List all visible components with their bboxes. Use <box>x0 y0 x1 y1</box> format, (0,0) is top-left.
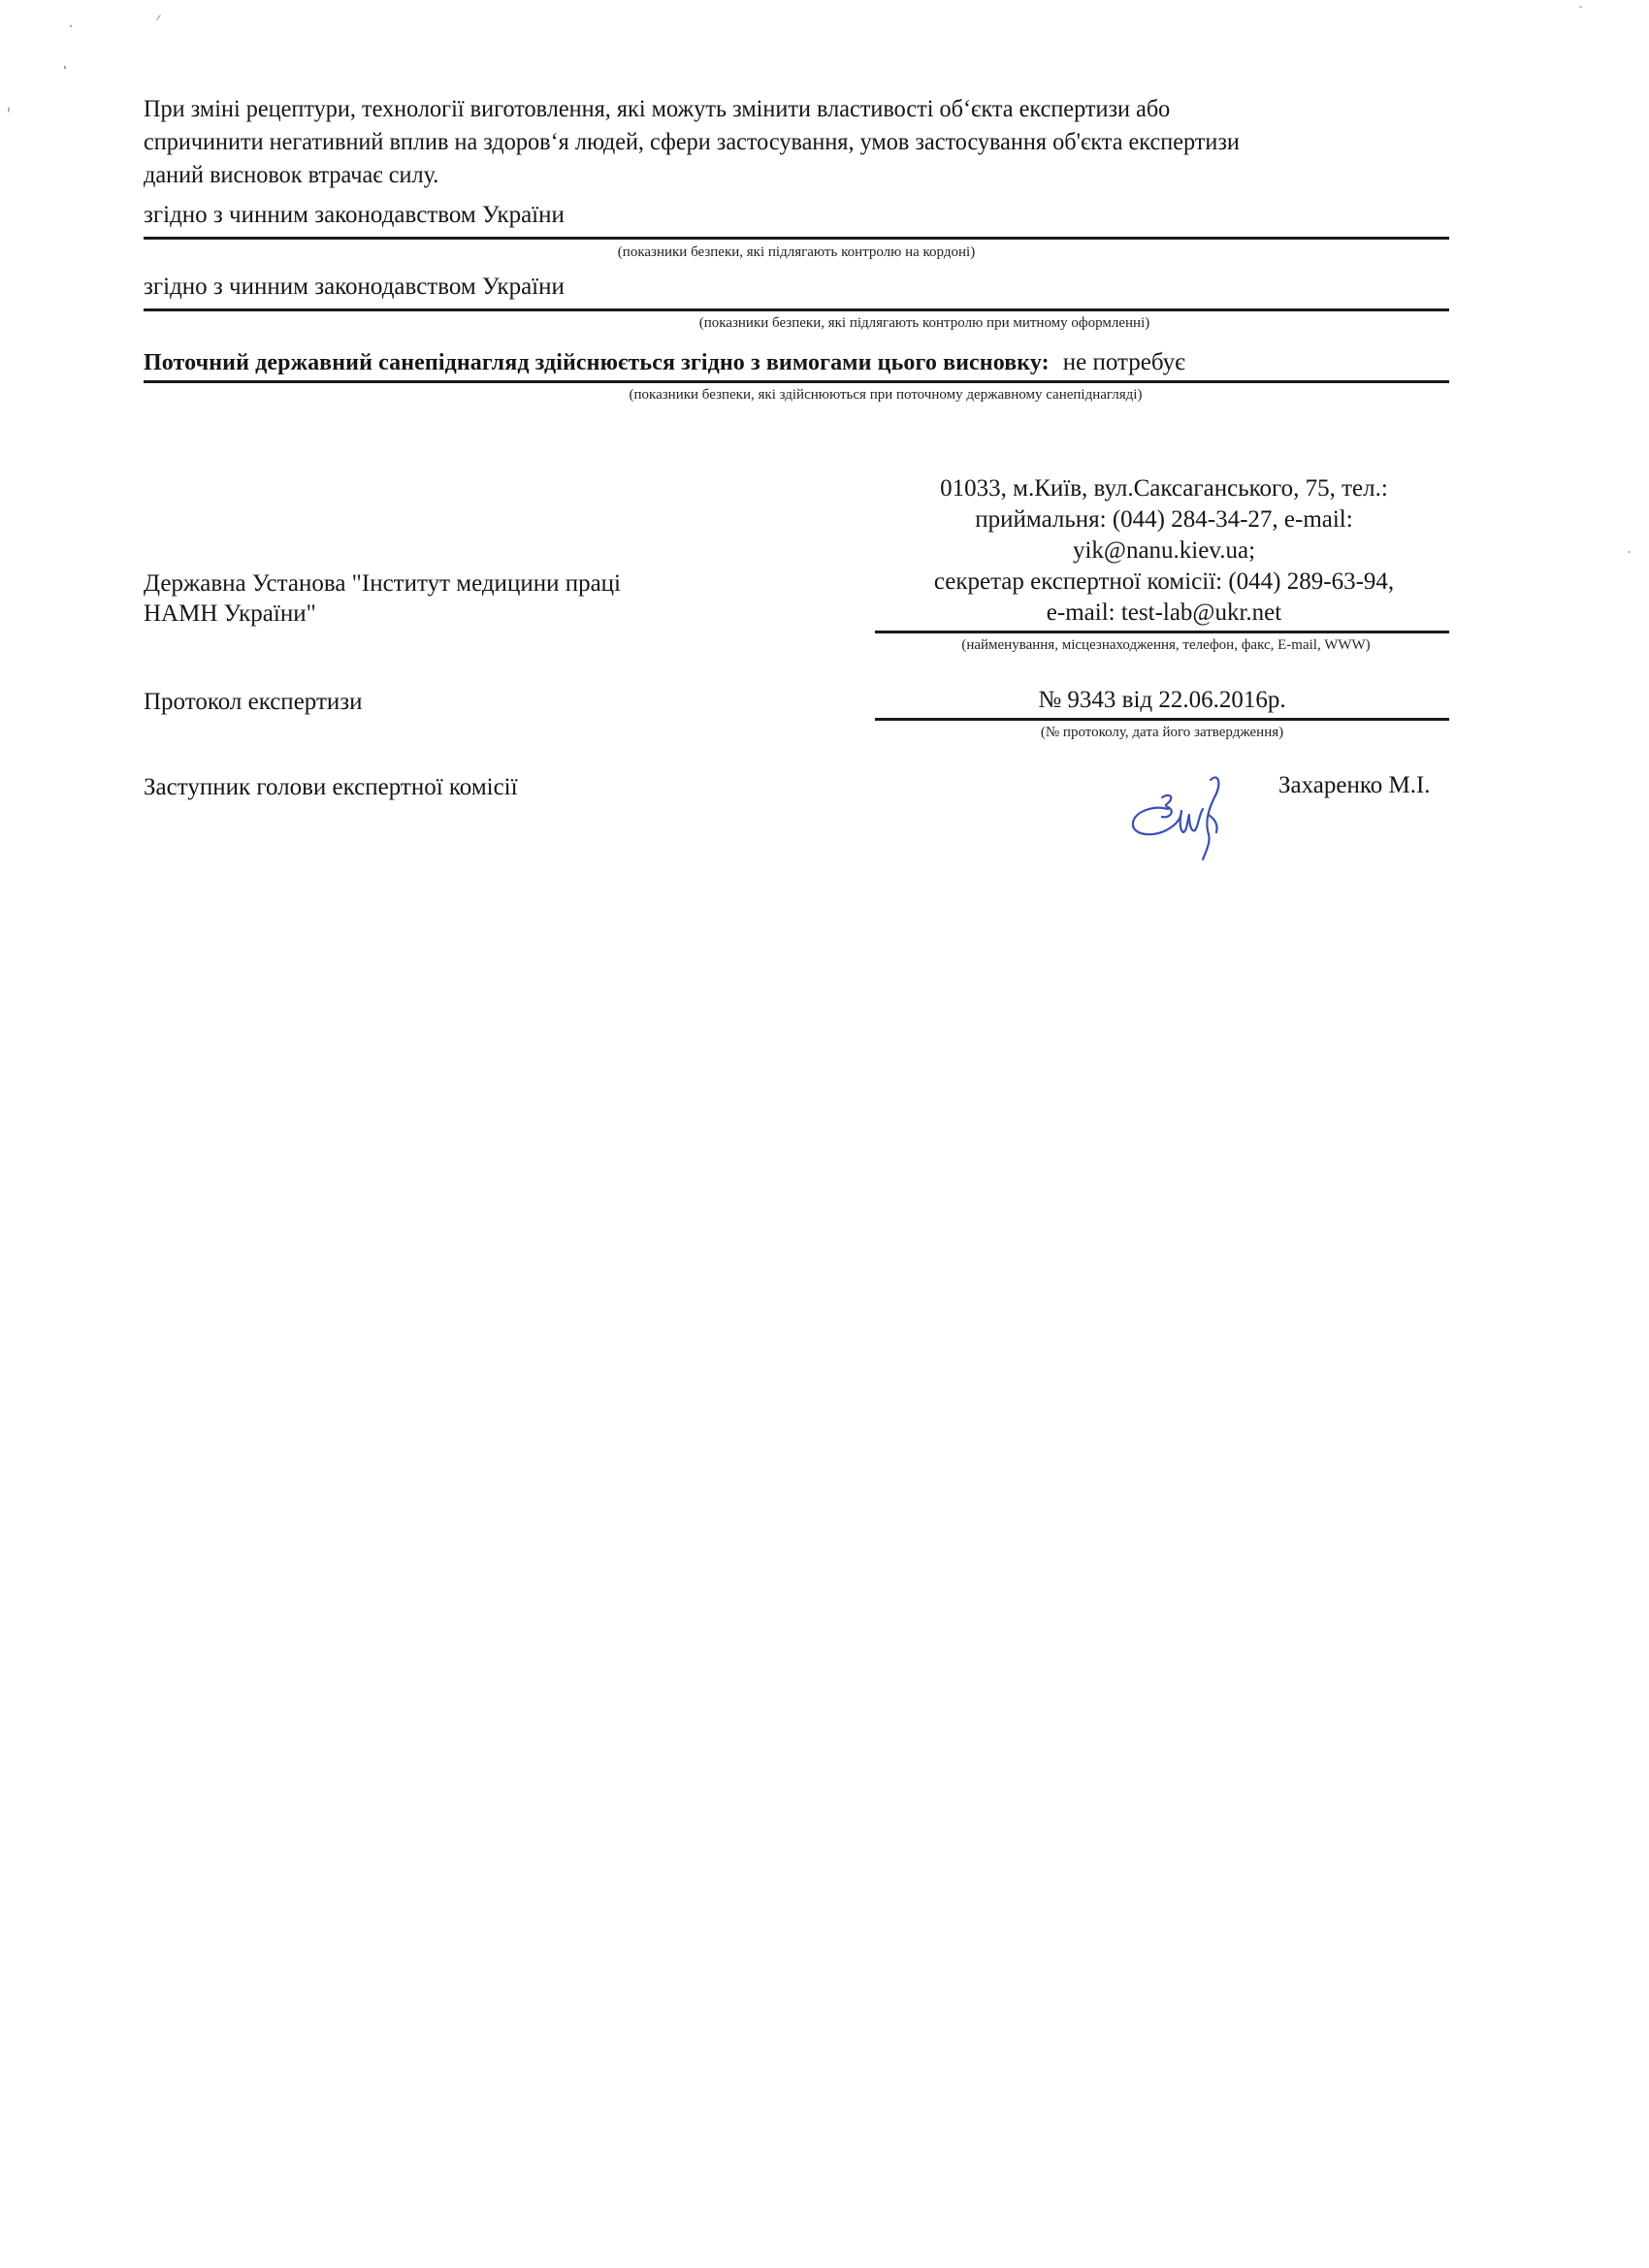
sanitary-supervision-value: не потребує <box>1063 349 1185 375</box>
protocol-rule <box>875 718 1449 721</box>
protocol-label: Протокол експертизи <box>144 687 363 717</box>
address-line: yik@nanu.kiev.ua; <box>863 535 1465 567</box>
signature-icon <box>1125 766 1251 863</box>
protocol-value: № 9343 від 22.06.2016р. <box>875 687 1449 714</box>
address-line: e-mail: test-lab@ukr.net <box>863 598 1465 629</box>
protocol-caption: (№ протоколу, дата його затвердження) <box>875 725 1449 741</box>
scan-speck <box>70 25 72 27</box>
customs-control-value: згідно з чинним законодавством України <box>144 274 565 301</box>
signatory-name: Захаренко М.І. <box>1278 772 1431 799</box>
sanitary-supervision-rule <box>144 380 1449 383</box>
border-control-rule <box>144 237 1449 240</box>
address-line: 01033, м.Київ, вул.Саксаганського, 75, т… <box>863 473 1465 504</box>
scan-speck <box>64 66 66 69</box>
signatory-title: Заступник голови експертної комісії <box>144 772 518 802</box>
customs-control-caption: (показники безпеки, які підлягають контр… <box>272 315 1577 332</box>
notice-line: спричинити негативний вплив на здоров‘я … <box>144 126 1423 159</box>
institution-name-line: Державна Установа "Інститут медицини пра… <box>144 568 621 599</box>
border-control-value: згідно з чинним законодавством України <box>144 202 565 229</box>
institution-address: 01033, м.Київ, вул.Саксаганського, 75, т… <box>863 473 1465 629</box>
institution-name: Державна Установа "Інститут медицини пра… <box>144 568 621 629</box>
customs-control-rule <box>144 308 1449 311</box>
scan-speck <box>1628 551 1631 553</box>
border-control-caption: (показники безпеки, які підлягають контр… <box>144 244 1449 261</box>
notice-line: При зміні рецептури, технології виготовл… <box>144 93 1423 126</box>
scan-speck <box>156 14 161 20</box>
scan-speck <box>1579 6 1582 8</box>
scan-speck <box>8 107 10 113</box>
institution-name-line: НАМН України" <box>144 599 621 629</box>
sanitary-supervision-label: Поточний державний санепіднагляд здійсню… <box>144 350 1050 375</box>
notice-line: даний висновок втрачає силу. <box>144 159 1423 192</box>
institution-rule <box>875 631 1449 633</box>
address-line: приймальня: (044) 284-34-27, e-mail: <box>863 504 1465 535</box>
institution-caption: (найменування, місцезнаходження, телефон… <box>875 637 1457 654</box>
sanitary-supervision-caption: (показники безпеки, які здійснюються при… <box>233 387 1538 404</box>
validity-notice: При зміні рецептури, технології виготовл… <box>144 93 1463 192</box>
address-line: секретар експертної комісії: (044) 289-6… <box>863 567 1465 598</box>
sanitary-supervision-row: Поточний державний санепіднагляд здійсню… <box>144 349 1185 376</box>
